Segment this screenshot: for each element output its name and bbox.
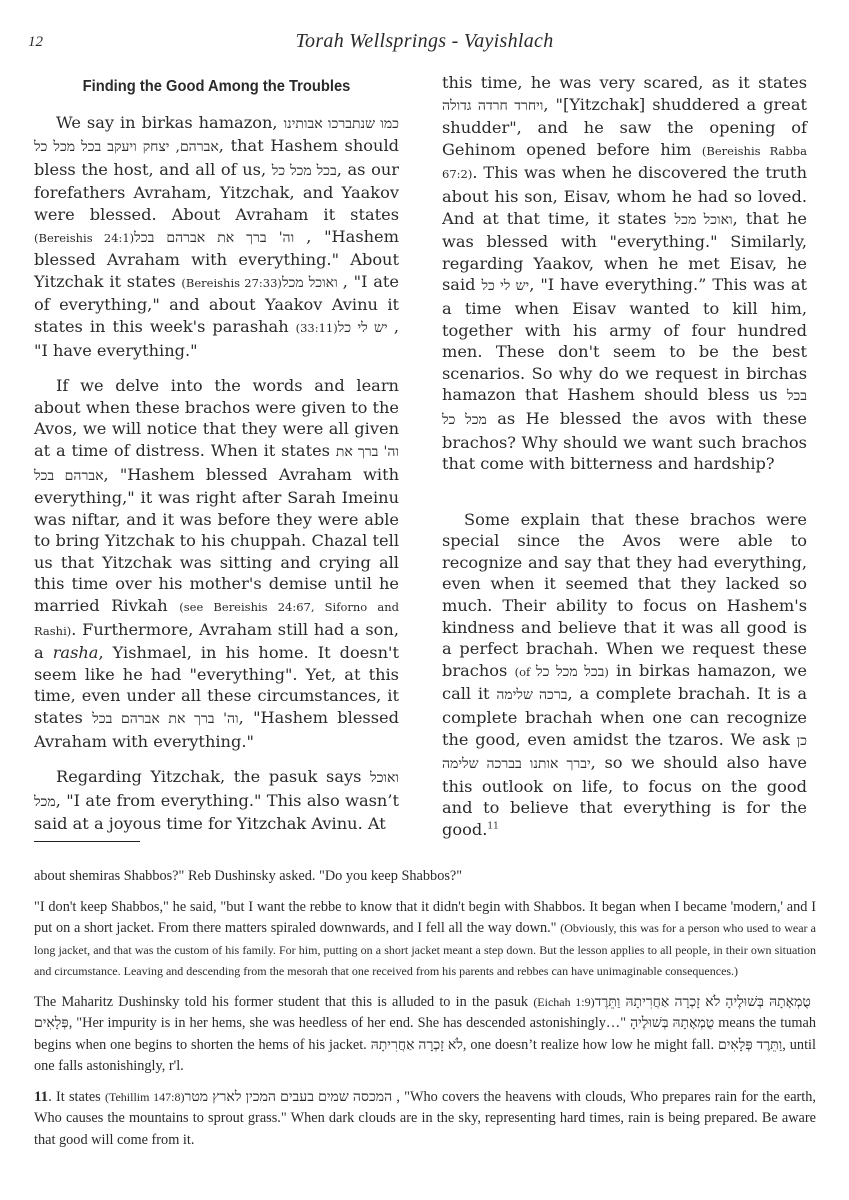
hebrew-quote: ויחרד חרדה גדולה [442, 98, 543, 114]
text: , "Hashem blessed Avraham with everythin… [34, 465, 399, 616]
paragraph: If we delve into the words and learn abo… [34, 375, 399, 752]
running-header: 12 Torah Wellsprings - Vayishlach [0, 30, 849, 60]
paragraph: this time, he was very scared, as it sta… [442, 72, 807, 475]
hebrew-quote: בכל מכל כל [536, 664, 604, 680]
paragraph: Some explain that these brachos were spe… [442, 509, 807, 841]
footnote-paragraph: about shemiras Shabbos?" Reb Dushinsky a… [34, 866, 816, 888]
footnote-11: 11. It states (Tehillim 147:8) המכסה שמי… [34, 1087, 816, 1152]
text: The Maharitz Dushinsky told his former s… [34, 994, 533, 1010]
footnote-paragraph: The Maharitz Dushinsky told his former s… [34, 992, 816, 1078]
text: Regarding Yitzchak, the pasuk says [56, 767, 370, 786]
italic-term: rasha [53, 643, 99, 662]
text: . It states [48, 1089, 105, 1105]
hebrew-quote: יש לי כל [338, 320, 394, 336]
text: as He blessed the avos with these bracho… [442, 409, 807, 473]
text: this time, he was very scared, as it sta… [442, 73, 807, 92]
text: , "Her impurity is in her hems, she was … [69, 1015, 630, 1031]
footnote-marker[interactable]: 11 [487, 822, 498, 832]
citation: (Tehillim 147:8) [105, 1090, 184, 1104]
left-column: Finding the Good Among the Troubles We s… [34, 72, 399, 849]
hebrew-quote: טֻמְאָתָהּ בְּשׁוּלֶיהָ [630, 1016, 714, 1031]
citation: (Eichah 1:9) [533, 995, 594, 1009]
footnote-number: 11 [34, 1089, 48, 1105]
hebrew-quote: המכסה שמים בעבים המכין לארץ מטר [184, 1090, 396, 1105]
hebrew-quote: בכל מכל כל [272, 163, 337, 179]
right-column: this time, he was very scared, as it sta… [442, 72, 807, 855]
section-heading: Finding the Good Among the Troubles [43, 76, 390, 98]
footnotes: about shemiras Shabbos?" Reb Dushinsky a… [34, 866, 816, 1160]
footnote-divider [34, 841, 140, 842]
citation: (Bereishis 27:33) [181, 276, 282, 290]
text: , one doesn’t realize how low he might f… [463, 1037, 718, 1053]
footnote-paragraph: "I don't keep Shabbos," he said, "but I … [34, 897, 816, 983]
text: , "I ate from everything." This also was… [34, 791, 399, 834]
text: We say in birkas hamazon, [56, 113, 284, 132]
hebrew-quote: ברכה שלימה [496, 687, 567, 703]
citation: (of [515, 665, 536, 679]
hebrew-quote: לֹא זָכְרָה אַחֲרִיתָהּ [371, 1038, 463, 1053]
paragraph: Regarding Yitzchak, the pasuk says ואוכל… [34, 766, 399, 835]
text: , "I have everything.” This was at a tim… [442, 275, 807, 404]
hebrew-quote: יש לי כל [481, 278, 529, 294]
book-title: Torah Wellsprings - Vayishlach [0, 30, 849, 53]
hebrew-quote: ואוכל מכל [282, 275, 343, 291]
citation: (33:11) [296, 321, 338, 335]
hebrew-quote: וה' ברך את אברהם בכל [134, 230, 306, 246]
paragraph: We say in birkas hamazon, כמו שנתברכו אב… [34, 112, 399, 362]
hebrew-quote: וַתֵּרֶד פְּלָאִים [718, 1038, 782, 1053]
citation: (Bereishis 24:1) [34, 231, 134, 245]
hebrew-quote: וה' ברך את אברהם בכל [92, 711, 238, 727]
hebrew-quote: ואוכל מכל [675, 212, 733, 228]
text: Some explain that these brachos were spe… [442, 510, 807, 680]
